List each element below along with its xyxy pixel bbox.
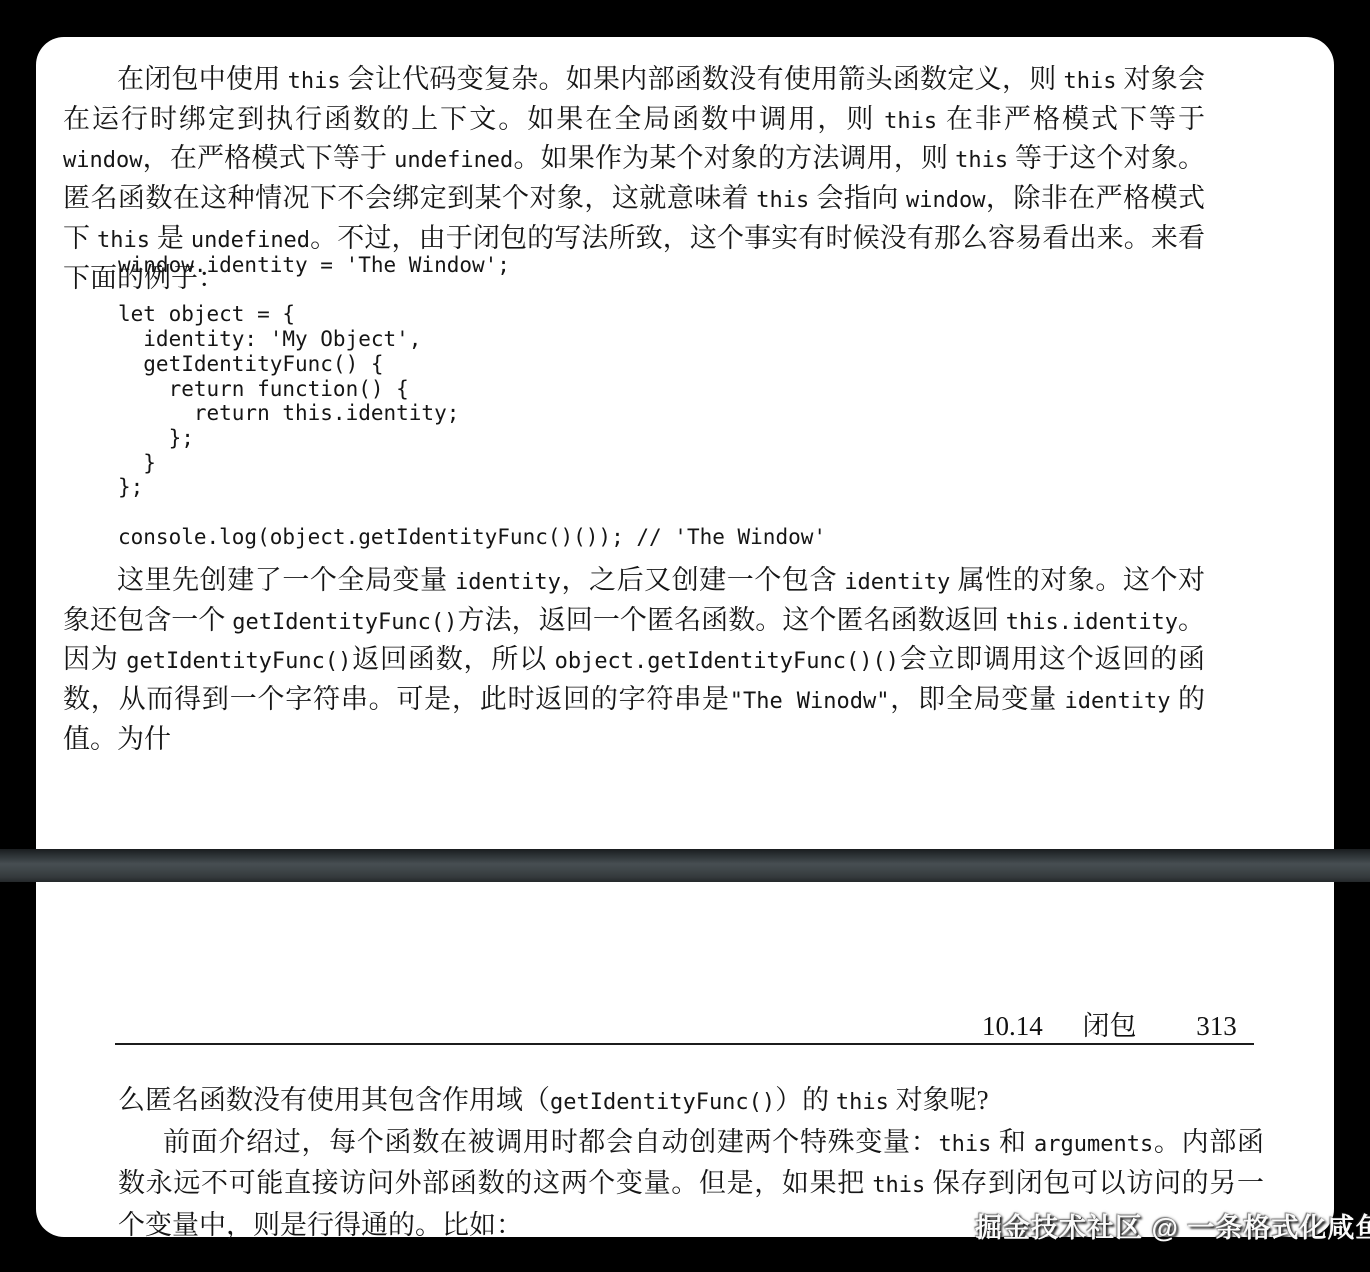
watermark-text: 掘金技术社区 @ 一条格式化咸鱼 — [975, 1206, 1370, 1245]
section-number: 10.14 — [982, 1011, 1043, 1041]
inline-code: this — [884, 109, 937, 134]
inline-code: this — [955, 148, 1008, 173]
inline-code: "The Winodw" — [730, 689, 890, 714]
inline-code: this — [97, 228, 150, 253]
inline-code: this.identity — [1006, 610, 1178, 635]
inline-code: object.getIdentityFunc()() — [555, 649, 899, 674]
page-number: 313 — [1196, 1011, 1237, 1041]
inline-code: this — [1063, 69, 1116, 94]
inline-code: this — [756, 188, 809, 213]
inline-code: this — [836, 1090, 889, 1115]
inline-code: this — [938, 1132, 991, 1157]
inline-code: this — [288, 69, 341, 94]
running-header: 10.14 闭包 313 — [982, 1009, 1237, 1043]
book-page: 在闭包中使用 this 会让代码变复杂。如果内部函数没有使用箭头函数定义，则 t… — [36, 37, 1334, 1237]
inline-code: undefined — [394, 148, 513, 173]
inline-code: window — [906, 188, 985, 213]
inline-code: getIdentityFunc() — [126, 649, 351, 674]
inline-code: arguments — [1034, 1132, 1153, 1157]
inline-code: window — [63, 148, 142, 173]
section-title: 闭包 — [1083, 1011, 1137, 1041]
paragraph-continuation: 么匿名函数没有使用其包含作用域（getIdentityFunc()）的 this… — [118, 1081, 1264, 1123]
inline-code: undefined — [191, 228, 310, 253]
pdf-reader-canvas: 在闭包中使用 this 会让代码变复杂。如果内部函数没有使用箭头函数定义，则 t… — [0, 0, 1370, 1272]
inline-code: identity — [1065, 689, 1171, 714]
inline-code: getIdentityFunc() — [232, 610, 457, 635]
inline-code: this — [872, 1173, 925, 1198]
page-divider-bar — [0, 849, 1370, 882]
inline-code: identity — [844, 570, 950, 595]
paragraph-identity-explanation: 这里先创建了一个全局变量 identity，之后又创建一个包含 identity… — [63, 562, 1205, 759]
header-rule — [115, 1043, 1254, 1045]
inline-code: identity — [455, 570, 561, 595]
inline-code: getIdentityFunc() — [550, 1090, 775, 1115]
code-block-identity-example: window.identity = 'The Window'; let obje… — [118, 253, 826, 549]
